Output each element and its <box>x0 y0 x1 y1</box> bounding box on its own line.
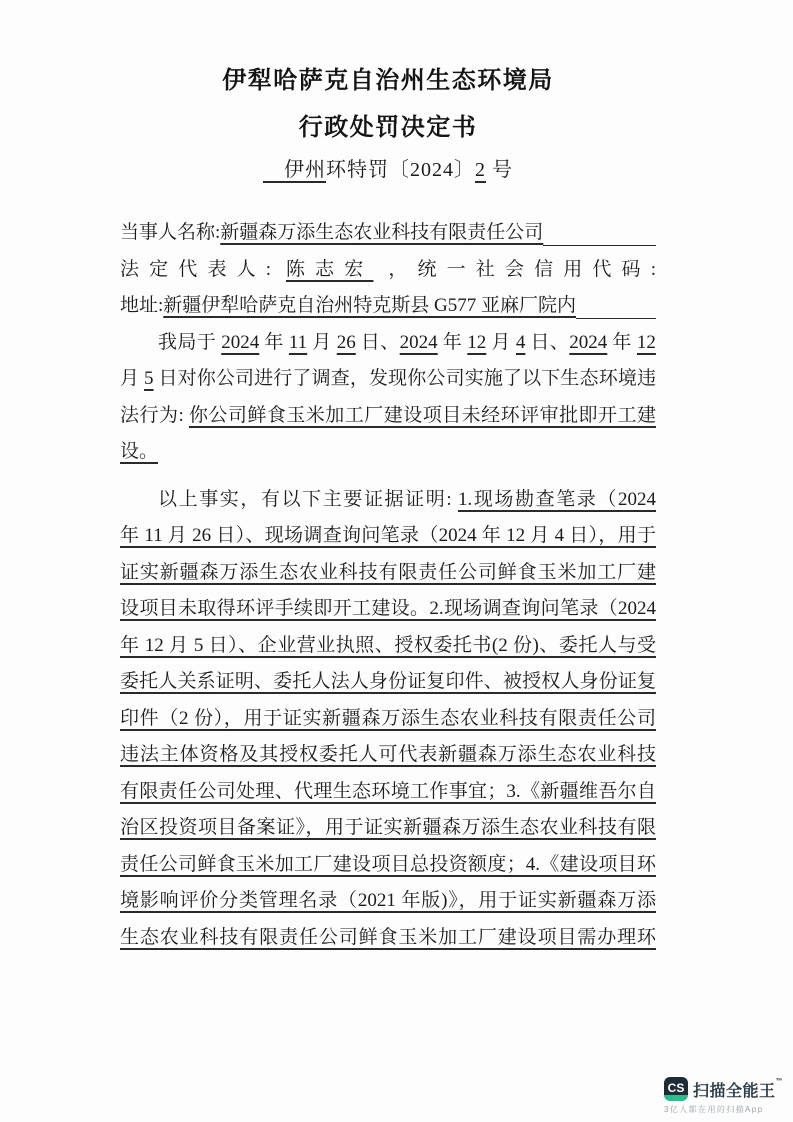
doc-line: 年 11 月 26 日）、现场调查询问笔录（2024 年 12 月 4 日），用… <box>120 518 656 555</box>
doc-line: 证实新疆森万添生态农业科技有限责任公司鲜食玉米加工厂建 <box>120 555 656 592</box>
doc-line: 年 12 月 5 日）、企业营业执照、授权委托书(2 份)、委托人与受 <box>120 628 656 665</box>
text-segment: 地址: <box>120 288 163 325</box>
underlined-text-segment: 有限责任公司处理、代理生态环境工作事宜；3.《新疆维吾尔自 <box>120 781 656 802</box>
doc-line: 设。 <box>120 434 656 471</box>
text-segment: 日对你公司进行了调查，发现你公司实施了以下生态环境违 <box>154 368 656 389</box>
doc-line: 委托人关系证明、委托人法人身份证复印件、被授权人身份证复 <box>120 664 656 701</box>
text-segment: 日、 <box>356 332 400 353</box>
underlined-text-segment: 年 11 月 26 日）、现场调查询问笔录（2024 年 12 月 4 日），用… <box>120 525 656 546</box>
underlined-text-segment: 2024 <box>221 332 259 353</box>
underlined-text-segment: 5 <box>144 368 154 389</box>
camscanner-tagline: 3亿人都在用的扫描App <box>664 1104 780 1115</box>
underline-filler <box>543 215 656 246</box>
underlined-text-segment: 陈志宏 <box>286 259 373 280</box>
doc-line: 地址: 新疆伊犁哈萨克自治州特克斯县 G577 亚麻厂院内 <box>120 288 656 325</box>
text-segment: 年 <box>438 332 468 353</box>
text-segment: 年 <box>259 332 289 353</box>
doc-line: 违法主体资格及其授权委托人可代表新疆森万添生态农业科技 <box>120 737 656 774</box>
scanned-document-page: 伊犁哈萨克自治州生态环境局 行政处罚决定书 伊州环特罚〔2024〕2 号 当事人… <box>0 0 793 1122</box>
camscanner-logo-row: CS 扫描全能王™ <box>664 1077 780 1101</box>
underlined-text-segment: 11 <box>289 332 307 353</box>
underlined-text-segment: 生态农业科技有限责任公司鲜食玉米加工厂建设项目需办理环 <box>120 927 656 948</box>
text-segment: 年 <box>607 332 637 353</box>
doc-line: 责任公司鲜食玉米加工厂建设项目总投资额度；4.《建设项目环 <box>120 847 656 884</box>
underlined-text-segment: 治区投资项目备案证》，用于证实新疆森万添生态农业科技有限 <box>120 817 656 838</box>
camscanner-brand-name: 扫描全能王™ <box>693 1078 783 1101</box>
underlined-text-segment: 4 <box>516 332 526 353</box>
underlined-text-segment: 委托人关系证明、委托人法人身份证复印件、被授权人身份证复 <box>120 671 656 692</box>
underlined-text-segment: 设项目未取得环评手续即开工建设。2.现场调查询问笔录（2024 <box>120 598 656 619</box>
text-segment: ，统一社会信用代码: <box>373 259 656 280</box>
underlined-text-segment: 你公司鲜食玉米加工厂建设项目未经环评审批即开工建 <box>189 405 656 426</box>
underlined-text-segment: 2024 <box>569 332 607 353</box>
underlined-text-segment: 26 <box>337 332 356 353</box>
doc-line: 月 5 日对你公司进行了调查，发现你公司实施了以下生态环境违 <box>120 361 656 398</box>
doc-line: 境影响评价分类管理名录（2021 年版)》，用于证实新疆森万添 <box>120 883 656 920</box>
document-title-line2: 行政处罚决定书 <box>120 105 656 152</box>
underline-filler <box>576 288 656 319</box>
underlined-text-segment: 2024 <box>400 332 438 353</box>
text-segment: 以上事实，有以下主要证据证明: <box>158 489 458 510</box>
doc-line: 有限责任公司处理、代理生态环境工作事宜；3.《新疆维吾尔自 <box>120 774 656 811</box>
underlined-text-segment: 12 <box>637 332 656 353</box>
doc-line: 法行为: 你公司鲜食玉米加工厂建设项目未经环评审批即开工建 <box>120 398 656 435</box>
text-segment: 法行为: <box>120 405 189 426</box>
underlined-text-segment: 新疆森万添生态农业科技有限责任公司 <box>220 215 543 252</box>
doc-line: 法定代表人: 陈志宏 ，统一社会信用代码: 91654027MAD17LXD3E… <box>120 252 656 289</box>
text-segment: 月 <box>486 332 516 353</box>
doc-line: 我局于 2024 年 11 月 26 日、2024 年 12 月 4 日、202… <box>120 325 656 362</box>
document-body: 当事人名称: 新疆森万添生态农业科技有限责任公司法定代表人: 陈志宏 ，统一社会… <box>120 215 656 956</box>
text-segment: 日、 <box>525 332 569 353</box>
trademark-symbol: ™ <box>776 1078 784 1085</box>
doc-line: 印件（2 份），用于证实新疆森万添生态农业科技有限责任公司 <box>120 701 656 738</box>
doc-line: 设项目未取得环评手续即开工建设。2.现场调查询问笔录（2024 <box>120 591 656 628</box>
underlined-text-segment: 证实新疆森万添生态农业科技有限责任公司鲜食玉米加工厂建 <box>120 562 656 583</box>
underlined-text-segment: 印件（2 份），用于证实新疆森万添生态农业科技有限责任公司 <box>120 708 656 729</box>
underlined-text-segment: 违法主体资格及其授权委托人可代表新疆森万添生态农业科技 <box>120 744 656 765</box>
text-segment: 月 <box>307 332 337 353</box>
camscanner-brand-text: 扫描全能王 <box>693 1083 776 1100</box>
doc-line: 生态农业科技有限责任公司鲜食玉米加工厂建设项目需办理环 <box>120 920 656 957</box>
document-title-line1: 伊犁哈萨克自治州生态环境局 <box>120 58 656 105</box>
doc-line: 以上事实，有以下主要证据证明: 1.现场勘查笔录（2024 <box>120 482 656 519</box>
underlined-text-segment: 境影响评价分类管理名录（2021 年版)》，用于证实新疆森万添 <box>120 890 656 911</box>
underlined-text-segment: 2 <box>475 159 486 181</box>
underlined-text-segment: 年 12 月 5 日）、企业营业执照、授权委托书(2 份)、委托人与受 <box>120 635 656 656</box>
document-content: 伊犁哈萨克自治州生态环境局 行政处罚决定书 伊州环特罚〔2024〕2 号 当事人… <box>120 58 656 956</box>
camscanner-cs-icon: CS <box>664 1077 688 1101</box>
doc-number: 伊州环特罚〔2024〕2 号 <box>120 155 656 185</box>
text-segment: 当事人名称: <box>120 215 220 252</box>
text-segment: 月 <box>120 368 144 389</box>
text-segment: 号 <box>486 159 513 181</box>
underlined-text-segment: 12 <box>467 332 486 353</box>
text-segment: 环特罚〔2024〕 <box>326 159 475 181</box>
camscanner-watermark: CS 扫描全能王™ 3亿人都在用的扫描App <box>664 1077 780 1115</box>
doc-line: 当事人名称: 新疆森万添生态农业科技有限责任公司 <box>120 215 656 252</box>
doc-line: 治区投资项目备案证》，用于证实新疆森万添生态农业科技有限 <box>120 810 656 847</box>
underlined-text-segment: 设。 <box>120 441 158 462</box>
text-segment: 法定代表人: <box>120 259 286 280</box>
underlined-text-segment: 1.现场勘查笔录（2024 <box>458 489 656 510</box>
text-segment: 我局于 <box>158 332 221 353</box>
underlined-text-segment: 伊州 <box>263 159 326 181</box>
underlined-text-segment: 新疆伊犁哈萨克自治州特克斯县 G577 亚麻厂院内 <box>163 288 576 325</box>
underlined-text-segment: 责任公司鲜食玉米加工厂建设项目总投资额度；4.《建设项目环 <box>120 854 656 875</box>
